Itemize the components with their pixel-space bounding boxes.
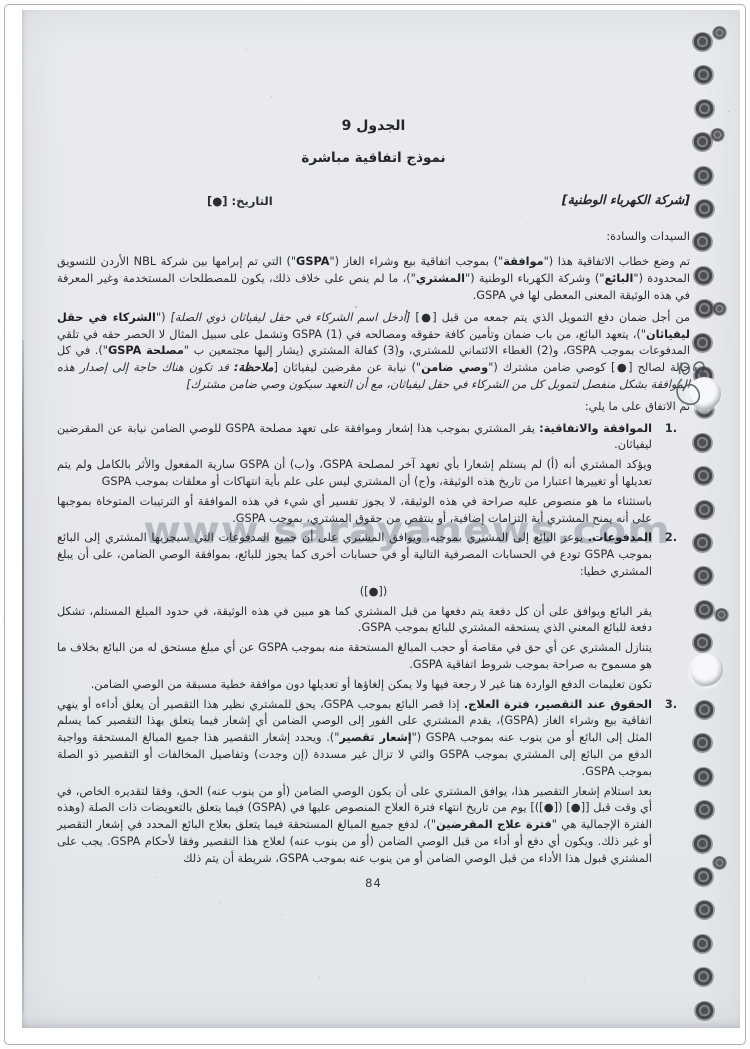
security-paragraph: من أجل ضمان دفع التمويل الذي يتم جمعه من… <box>57 310 690 394</box>
binding-hole <box>714 608 729 622</box>
binding-hole <box>693 767 714 787</box>
agreed-line: تم الاتفاق على ما يلي: <box>57 399 690 416</box>
list-item-text: الموافقة والاتفاقية: يقر المشتري بموجب ه… <box>57 421 652 455</box>
binding-hole <box>693 466 714 486</box>
text-segment: الحقوق عند التقصير، فترة العلاج. <box>464 698 652 711</box>
binding-hole <box>694 1001 715 1021</box>
binding-hole <box>692 132 713 152</box>
text-segment: (" <box>156 311 171 324</box>
binding-hole <box>692 934 713 954</box>
text-segment: الموافقة والاتفاقية: <box>539 422 652 435</box>
text-segment: موافقة <box>503 255 543 268</box>
binding-hole <box>693 166 714 186</box>
text-segment: المشتري <box>416 272 465 285</box>
text-segment: يتنازل المشتري عن أي حق في مقاصة أو حجب … <box>57 641 652 671</box>
placeholder-line: ([●]) <box>57 584 690 601</box>
body-blocks: تم وضع خطاب الاتفاقية هذا ("موافقة") بمو… <box>57 254 690 867</box>
text-segment: ويؤكد المشتري أنه (أ) لم يستلم إشعارا بأ… <box>57 458 652 488</box>
clause-payments-irrevocable: تكون تعليمات الدفع الواردة هنا غير لا رج… <box>57 677 652 694</box>
intro-paragraph: تم وضع خطاب الاتفاقية هذا ("موافقة") بمو… <box>57 254 690 304</box>
binding-hole <box>692 533 713 553</box>
binding-hole <box>694 700 715 720</box>
scanned-page: الجدول 9 نموذج اتفاقية مباشرة [شركة الكه… <box>22 10 740 1028</box>
binding-hole <box>692 232 713 252</box>
binding-hole <box>692 333 713 353</box>
binding-hole <box>694 199 715 219</box>
text-segment: يوعز البائع إلى المشتري بموجبه، ويوافق ا… <box>57 531 652 578</box>
addressee-company: [شركة الكهرباء الوطنية] <box>562 192 690 207</box>
binding-hole <box>693 65 714 85</box>
binding-hole <box>712 856 727 870</box>
binding-hole <box>694 600 715 620</box>
binding-hole <box>694 900 715 920</box>
binding-hole <box>692 32 713 52</box>
text-segment: وصي ضامن <box>421 361 488 374</box>
binding-hole <box>710 128 725 142</box>
page-number: 84 <box>57 875 690 892</box>
clause-consent: 1.الموافقة والاتفاقية: يقر المشتري بموجب… <box>57 421 690 455</box>
clause-payments-waiver: يتنازل المشتري عن أي حق في مقاصة أو حجب … <box>57 640 652 674</box>
list-item-text: الحقوق عند التقصير، فترة العلاج. إذا قصر… <box>57 697 652 781</box>
text-segment: GSPA <box>296 255 329 268</box>
text-segment: ") وشركة الكهرباء الوطنية (" <box>465 272 604 285</box>
text-segment: إشعار تقصير <box>339 731 411 744</box>
binding-hole <box>694 99 715 119</box>
binding-hole <box>692 834 713 854</box>
binding-hole <box>693 867 714 887</box>
binding-hole <box>692 433 713 453</box>
clause-default-cure: بعد استلام إشعار التقصير هذا، يوافق المش… <box>57 784 652 868</box>
binding-hole <box>693 967 714 987</box>
binding-hole <box>693 566 714 586</box>
binding-hole <box>712 26 727 40</box>
document-content: الجدول 9 نموذج اتفاقية مباشرة [شركة الكه… <box>57 118 690 892</box>
clause-payments: 2.المدفوعات. يوعز البائع إلى المشتري بمو… <box>57 530 690 580</box>
list-item-text: المدفوعات. يوعز البائع إلى المشتري بموجب… <box>57 530 652 580</box>
text-segment: مصلحة GSPA <box>108 344 184 357</box>
document-subtitle: نموذج اتفاقية مباشرة <box>57 150 690 167</box>
document-title: الجدول 9 <box>57 118 690 135</box>
list-number: 2. <box>652 530 690 580</box>
punch-hole <box>690 653 723 686</box>
meta-row: [شركة الكهرباء الوطنية] التاريخ: [●] <box>57 192 690 210</box>
text-segment: ") نيابة عن مقرضين ليفياثان [ <box>273 361 421 374</box>
text-segment: المدفوعات. <box>588 531 652 544</box>
clause-default-rights: 3.الحقوق عند التقصير، فترة العلاج. إذا ق… <box>57 697 690 781</box>
text-segment: البائع <box>604 272 633 285</box>
text-segment: من أجل ضمان دفع التمويل الذي يتم جمعه من… <box>410 311 690 324</box>
text-segment: باستثناء ما هو منصوص عليه صراحة في هذه ا… <box>57 495 652 525</box>
list-number: 1. <box>652 421 690 455</box>
binding-hole <box>692 733 713 753</box>
binding-hole <box>694 800 715 820</box>
text-segment: فترة علاج المقرضين <box>436 818 552 831</box>
clause-consent-confirmation: ويؤكد المشتري أنه (أ) لم يستلم إشعارا بأ… <box>57 457 652 491</box>
binding-hole <box>694 500 715 520</box>
scan-fold-line <box>22 340 24 1012</box>
clause-payments-acknowledgement: يقر البائع ويوافق على أن كل دفعة يتم دفع… <box>57 604 652 638</box>
salutation: السيدات والسادة: <box>57 229 690 246</box>
date-label: التاريخ: [●] <box>207 193 273 210</box>
text-segment: ([●]) <box>360 585 388 598</box>
text-segment: تم وضع خطاب الاتفاقية هذا (" <box>544 255 690 268</box>
text-segment: تكون تعليمات الدفع الواردة هنا غير لا رج… <box>91 678 652 691</box>
text-segment: ملاحظة: <box>234 361 274 374</box>
binding-hole <box>692 633 713 653</box>
list-number: 3. <box>652 697 690 781</box>
text-segment: [أدخل اسم الشركاء في حقل ليفياثان ذوي ال… <box>170 311 410 324</box>
binding-hole <box>694 299 715 319</box>
clause-consent-exception: باستثناء ما هو منصوص عليه صراحة في هذه ا… <box>57 494 652 528</box>
text-segment: يقر البائع ويوافق على أن كل دفعة يتم دفع… <box>57 605 652 635</box>
binding-hole <box>712 302 727 316</box>
text-segment: ") بموجب اتفاقية بيع وشراء الغاز (" <box>329 255 503 268</box>
pen-scribble <box>672 352 720 414</box>
binding-hole <box>693 266 714 286</box>
